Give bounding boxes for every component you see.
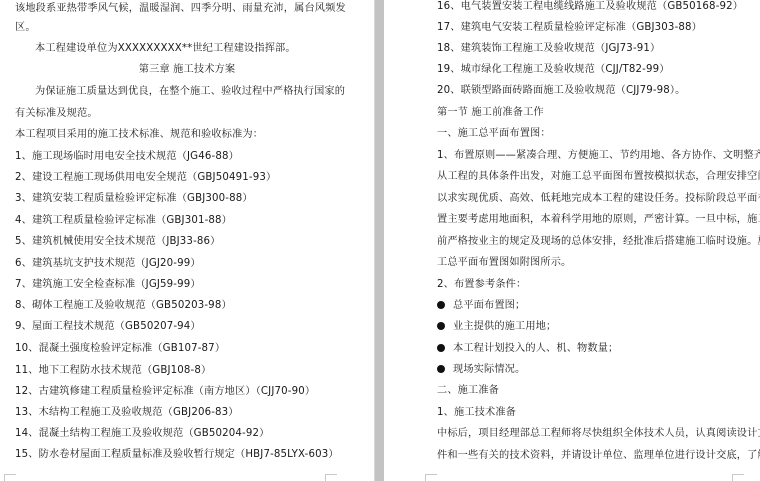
list-item: 8、砌体工程施工及验收规范（GB50203-98） [15,299,232,313]
paragraph-line: 该地段系亚热带季风气候，温暖湿润、四季分明、雨量充沛，属台风频发 [15,2,346,16]
list-item: 5、建筑机械使用安全技术规范（JBJ33-86） [15,235,221,249]
list-item: 12、古建筑修建工程质量检验评定标准（南方地区）（CJJ70-90） [15,385,315,399]
paragraph-line: 本工程项目采用的施工技术标准、规范和验收标准为： [15,128,263,142]
bullet-icon [437,365,445,373]
paragraph-line: 为保证施工质量达到优良，在整个施工、验收过程中严格执行国家的 [15,85,345,99]
list-item: 14、混凝土结构工程施工及验收规范（GB50204-92） [15,427,269,441]
document-page-right: 16、电气装置安装工程电缆线路施工及验收规范（GB50168-92） 17、建筑… [384,0,760,481]
paragraph-line: 有关标准及规范。 [15,107,98,121]
document-page-left: 该地段系亚热带季风气候，温暖湿润、四季分明、雨量充沛，属台风频发 区。 本工程建… [0,0,374,481]
list-item: 17、建筑电气安装工程质量检验评定标准（GBJ303-88） [437,21,702,35]
paragraph-line: 1、布置原则——紧凑合理、方便施工、节约用地、各方协作、文明整齐。 [437,149,760,163]
paragraph-line: 件和一些有关的技术资料，并请设计单位、监理单位进行设计交底，了解 [437,449,760,463]
page-corner-mark [325,474,337,481]
bullet-text: 总平面布置图； [453,300,525,311]
bullet-item: 现场实际情况。 [437,363,525,377]
bullet-text: 本工程计划投入的人、机、物数量； [453,343,618,354]
paragraph-line: 以求实现优质、高效、低耗地完成本工程的建设任务。投标阶段总平面布 [437,192,760,206]
section-heading: 第一节 施工前准备工作 [437,106,544,120]
list-item: 7、建筑施工安全检查标准（JGJ59-99） [15,278,201,292]
list-item: 6、建筑基坑支护技术规范（JGJ20-99） [15,257,201,271]
subsection-heading: 一、施工总平面布置图： [437,127,551,141]
bullet-icon [437,301,445,309]
paragraph-line: 2、布置参考条件： [437,278,526,292]
list-item: 1、施工现场临时用电安全技术规范（JG46-88） [15,150,239,164]
bullet-item: 总平面布置图； [437,299,525,313]
list-item: 4、建筑工程质量检验评定标准（GBJ301-88） [15,214,232,228]
list-item: 3、建筑安装工程质量检验评定标准（GBJ300-88） [15,192,253,206]
chapter-heading: 第三章 施工技术方案 [0,63,374,77]
bullet-text: 业主提供的施工用地； [453,321,556,332]
bullet-text: 现场实际情况。 [453,364,525,375]
bullet-item: 本工程计划投入的人、机、物数量； [437,342,618,356]
list-item: 18、建筑装饰工程施工及验收规范（JGJ73-91） [437,42,660,56]
list-item: 10、混凝土强度检验评定标准（GB107-87） [15,342,225,356]
paragraph-line: 从工程的具体条件出发，对施工总平面图布置按模拟状态，合理安排空间， [437,170,760,184]
list-item: 2、建设工程施工现场供用电安全规范（GBJ50491-93） [15,171,276,185]
list-item: 19、城市绿化工程施工及验收规范（CJJ/T82-99） [437,63,670,77]
subsection-heading: 二、施工准备 [437,384,499,398]
paragraph-line: 区。 [15,21,36,35]
paragraph-line: 工总平面布置图如附图所示。 [437,256,571,270]
page-corner-mark [732,474,744,481]
paragraph-line: 置主要考虑用地面积，本着科学用地的原则，严密计算。一旦中标，施工 [437,213,760,227]
paragraph-line: 本工程建设单位为XXXXXXXXX**世纪工程建设指挥部。 [15,42,296,56]
list-item: 16、电气装置安装工程电缆线路施工及验收规范（GB50168-92） [437,0,743,14]
page-separator [374,0,384,481]
paragraph-line: 中标后，项目经理部总工程师将尽快组织全体技术人员，认真阅读设计文 [437,427,760,441]
paragraph-line: 1、施工技术准备 [437,406,516,420]
bullet-icon [437,344,445,352]
list-item: 15、防水卷材屋面工程质量标准及验收暂行规定（HBJ7-85LYX-603） [15,448,339,462]
list-item: 13、木结构工程施工及验收规范（GBJ206-83） [15,406,239,420]
paragraph-line: 前严格按业主的规定及现场的总体安排，经批准后搭建施工临时设施。施 [437,235,760,249]
list-item: 20、联锁型路面砖路面施工及验收规范（CJJ79-98）。 [437,84,686,98]
list-item: 9、屋面工程技术规范（GB50207-94） [15,320,201,334]
bullet-item: 业主提供的施工用地； [437,320,556,334]
page-corner-mark [425,474,437,481]
bullet-icon [437,322,445,330]
list-item: 11、地下工程防水技术规范（GBJ108-8） [15,364,211,378]
page-corner-mark [4,474,16,481]
